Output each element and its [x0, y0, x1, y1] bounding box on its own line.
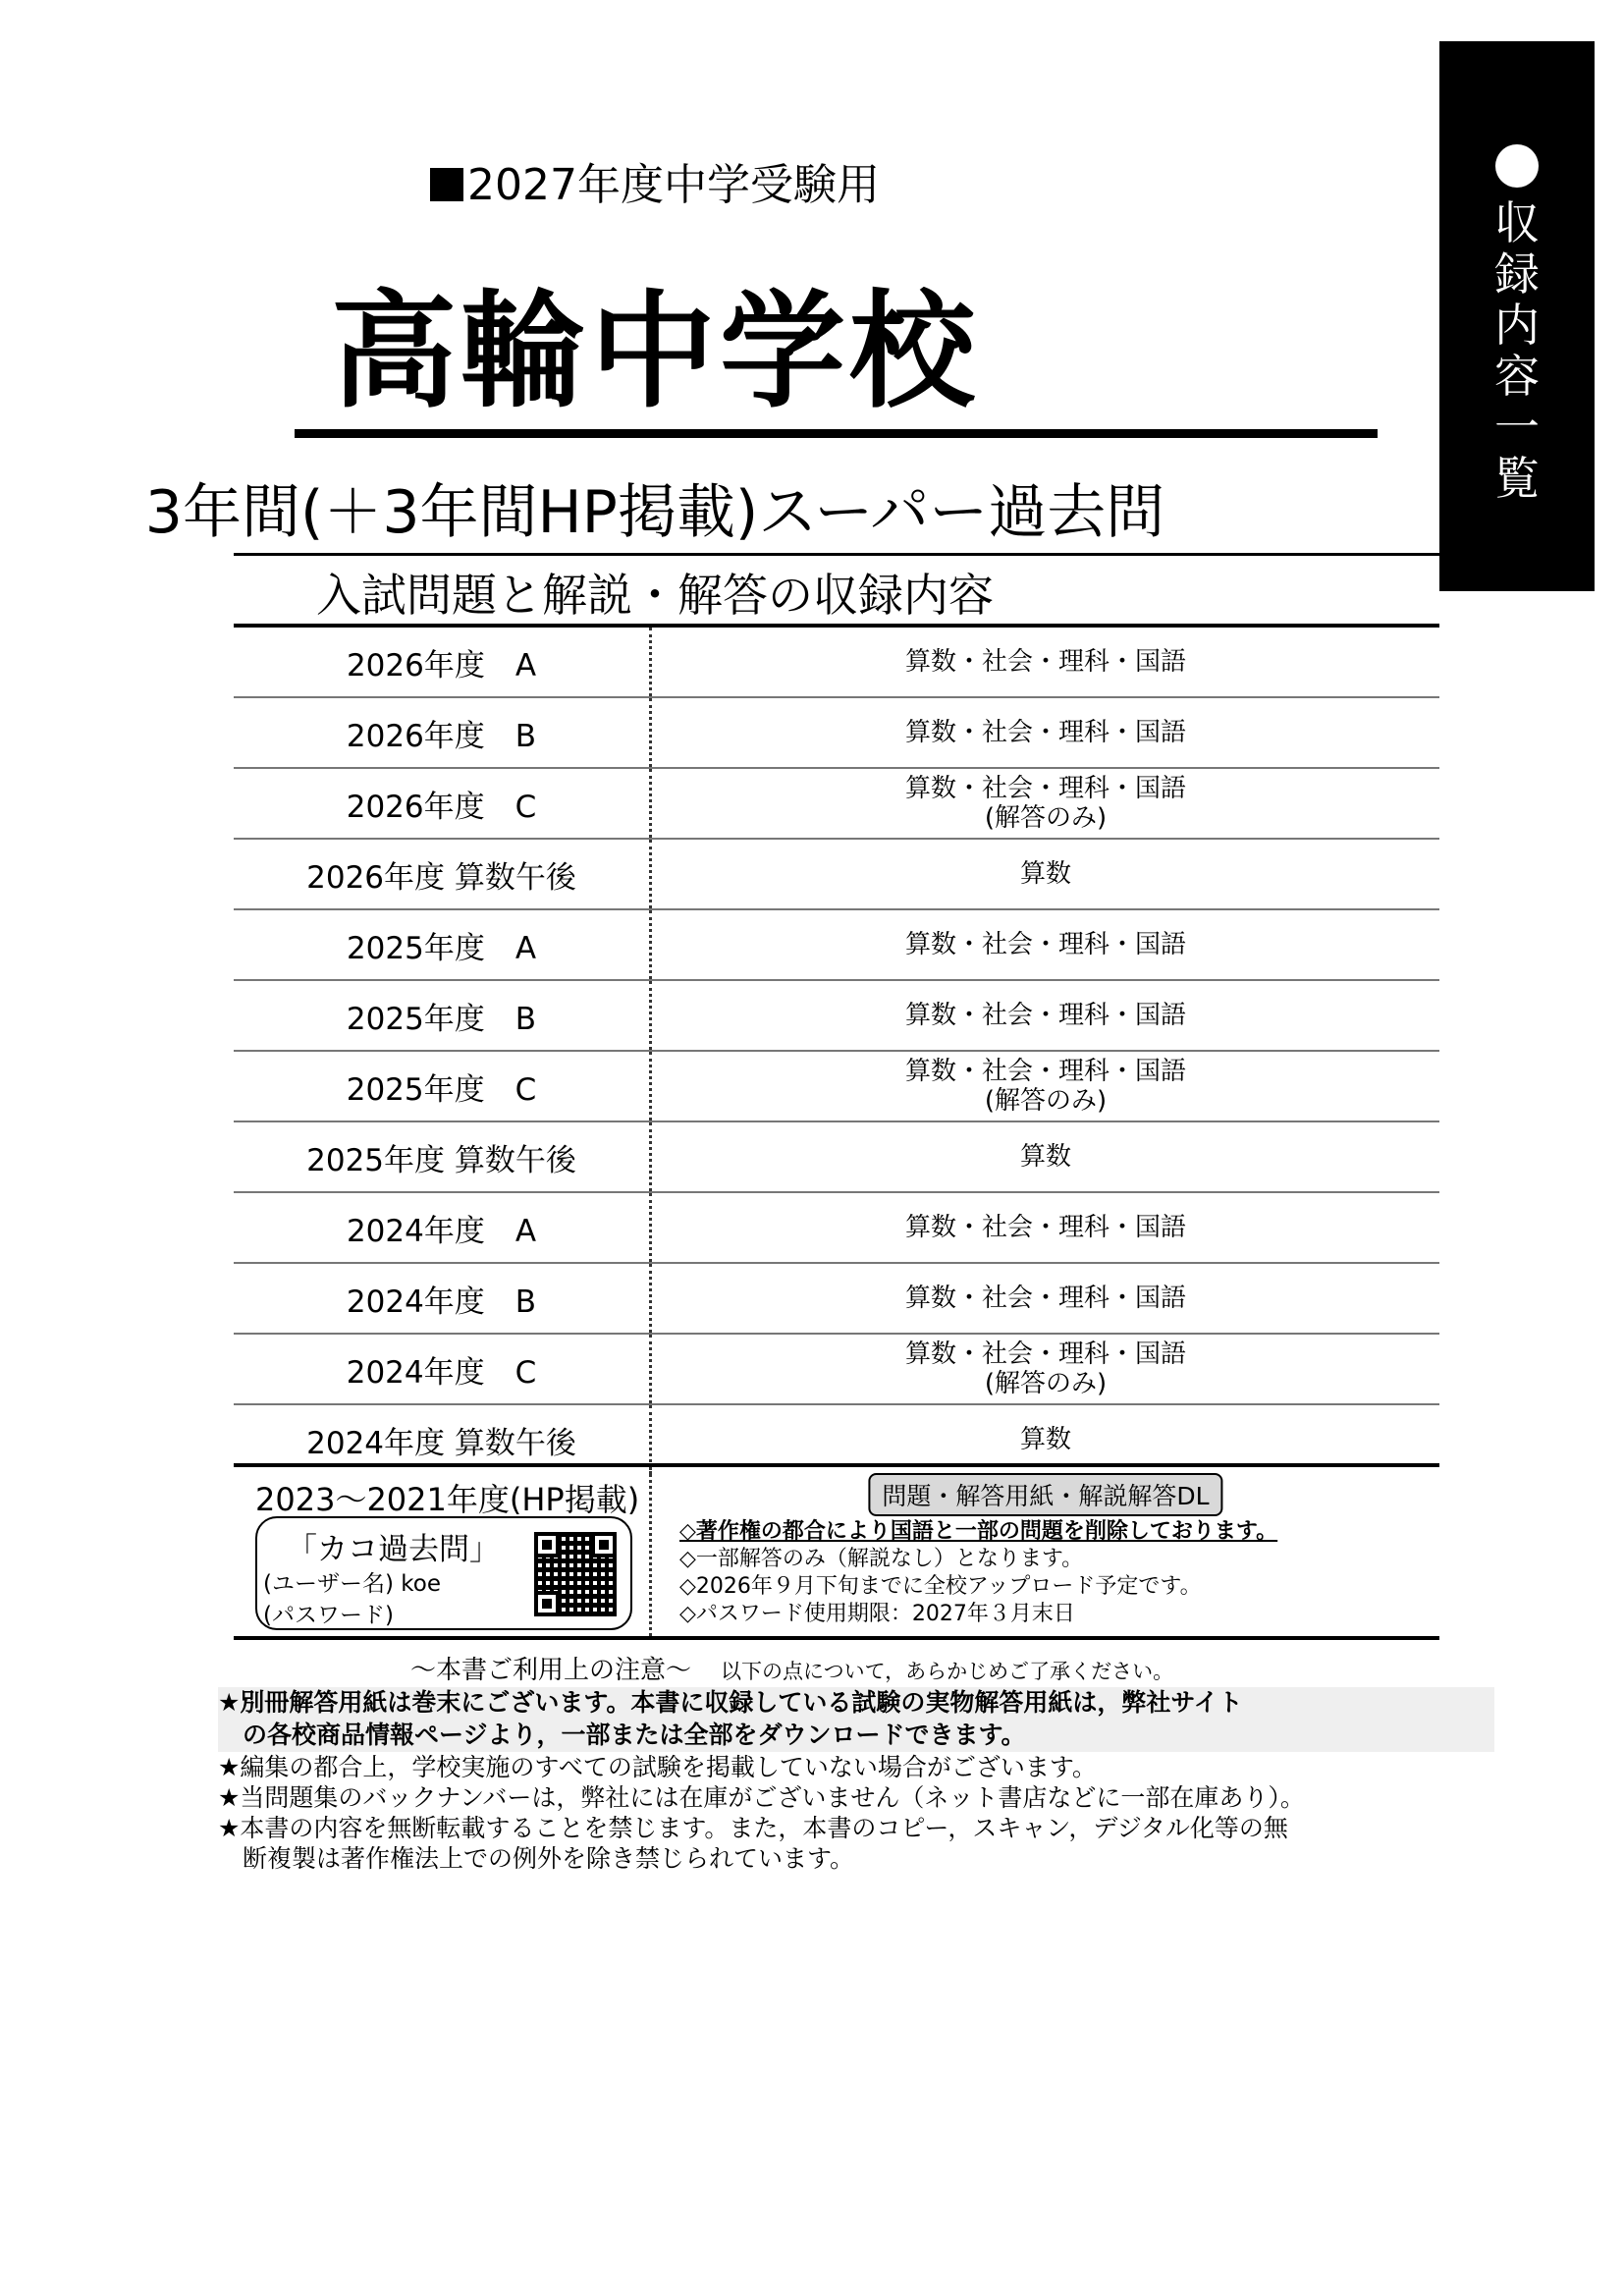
subjects-text: 算数・社会・理科・国語: [905, 1057, 1186, 1086]
subjects-note: (解答のみ): [985, 1086, 1107, 1116]
divider: [234, 1636, 1439, 1640]
note-item: ◇一部解答のみ（解説なし）となります。: [679, 1546, 1277, 1573]
school-name: 高輪中学校: [0, 250, 1467, 431]
caution-subtitle: 以下の点について，あらかじめご了承ください。: [721, 1660, 1173, 1683]
subjects-text: 算数・社会・理科・国語: [905, 1339, 1186, 1369]
table-row: 2025年度 C算数・社会・理科・国語(解答のみ): [234, 1052, 1439, 1122]
series-title: 3年間(＋3年間HP掲載)スーパー過去問: [0, 465, 1467, 550]
table-row: 2024年度 C算数・社会・理科・国語(解答のみ): [234, 1335, 1439, 1405]
hp-right-panel: 問題・解答用紙・解説解答DL ◇著作権の都合により国語と一部の問題を削除しており…: [652, 1467, 1439, 1636]
exam-cell: 2025年度 C: [234, 1052, 652, 1121]
divider: [234, 553, 1439, 556]
caution-item: ★別冊解答用紙は巻末にございます。本書に収録している試験の実物解答用紙は，弊社サ…: [218, 1687, 1494, 1720]
table-row: 2026年度 B算数・社会・理科・国語: [234, 698, 1439, 769]
username-label: (ユーザー名) koe: [263, 1565, 441, 1598]
subjects-text: 算数・社会・理科・国語: [905, 1001, 1186, 1030]
side-tab-char: 覧: [1494, 453, 1540, 504]
exam-cell: 2026年度 算数午後: [234, 840, 652, 908]
subjects-cell: 算数・社会・理科・国語: [652, 1264, 1439, 1333]
subjects-note: (解答のみ): [985, 803, 1107, 833]
subjects-cell: 算数・社会・理科・国語: [652, 698, 1439, 767]
qr-code-icon[interactable]: [534, 1532, 617, 1616]
subjects-text: 算数・社会・理科・国語: [905, 1284, 1186, 1313]
table-row: 2026年度 C算数・社会・理科・国語(解答のみ): [234, 769, 1439, 840]
subjects-cell: 算数・社会・理科・国語: [652, 981, 1439, 1050]
note-item: ◇著作権の都合により国語と一部の問題を削除しております。: [679, 1518, 1277, 1546]
table-row: 2025年度 算数午後算数: [234, 1122, 1439, 1193]
hp-title: 2023〜2021年度(HP掲載): [255, 1475, 639, 1520]
subjects-text: 算数・社会・理科・国語: [905, 930, 1186, 959]
download-button[interactable]: 問題・解答用紙・解説解答DL: [868, 1473, 1222, 1516]
qr-finder-icon: [534, 1532, 560, 1558]
edition-label: 2027年度中学受験用: [0, 149, 1467, 212]
exam-cell: 2026年度 B: [234, 698, 652, 767]
subjects-cell: 算数・社会・理科・国語(解答のみ): [652, 1052, 1439, 1121]
caution-title: 〜本書ご利用上の注意〜: [410, 1656, 691, 1685]
subjects-note: (解答のみ): [985, 1369, 1107, 1398]
subjects-text: 算数・社会・理科・国語: [905, 774, 1186, 803]
qr-finder-icon: [534, 1591, 560, 1616]
table-row: 2025年度 B算数・社会・理科・国語: [234, 981, 1439, 1052]
square-bullet-icon: [430, 168, 463, 201]
exam-cell: 2024年度 C: [234, 1335, 652, 1403]
hp-section: 2023〜2021年度(HP掲載) 「カコ過去問」 (ユーザー名) koe (パ…: [234, 1467, 1439, 1636]
side-tab-char: 一: [1494, 402, 1540, 453]
contents-table: 2026年度 A算数・社会・理科・国語 2026年度 B算数・社会・理科・国語 …: [234, 628, 1439, 1474]
qr-finder-icon: [591, 1532, 617, 1558]
exam-cell: 2025年度 A: [234, 910, 652, 979]
subjects-text: 算数: [1020, 1425, 1071, 1454]
side-tab-char: 内: [1494, 300, 1540, 351]
side-tab-char: 容: [1494, 351, 1540, 402]
subjects-text: 算数: [1020, 1142, 1071, 1172]
title-divider: [295, 429, 1378, 438]
table-row: 2025年度 A算数・社会・理科・国語: [234, 910, 1439, 981]
kako-login-box: 「カコ過去問」 (ユーザー名) koe (パスワード): [255, 1516, 632, 1630]
side-tab-char: 録: [1494, 248, 1540, 300]
kako-name: 「カコ過去問」: [287, 1524, 500, 1568]
caution-item: ★当問題集のバックナンバーは，弊社には在庫がございません（ネット書店などに一部在…: [218, 1782, 1494, 1813]
caution-heading: 〜本書ご利用上の注意〜以下の点について，あらかじめご了承ください。: [410, 1650, 1173, 1686]
subjects-text: 算数・社会・理科・国語: [905, 1213, 1186, 1242]
table-row: 2024年度 B算数・社会・理科・国語: [234, 1264, 1439, 1335]
exam-cell: 2025年度 算数午後: [234, 1122, 652, 1191]
exam-cell: 2026年度 C: [234, 769, 652, 838]
subjects-cell: 算数: [652, 840, 1439, 908]
subjects-text: 算数・社会・理科・国語: [905, 718, 1186, 747]
table-row: 2026年度 算数午後算数: [234, 840, 1439, 910]
password-label: (パスワード): [263, 1597, 394, 1629]
exam-cell: 2025年度 B: [234, 981, 652, 1050]
contents-title: 入試問題と解説・解答の収録内容: [0, 560, 1467, 625]
subjects-cell: 算数・社会・理科・国語: [652, 910, 1439, 979]
subjects-cell: 算数・社会・理科・国語: [652, 628, 1439, 696]
note-item: ◇パスワード使用期限：2027年３月末日: [679, 1601, 1277, 1628]
hp-left-panel: 2023〜2021年度(HP掲載) 「カコ過去問」 (ユーザー名) koe (パ…: [234, 1467, 652, 1636]
caution-item: 断複製は著作権法上での例外を除き禁じられています。: [218, 1843, 1494, 1874]
caution-item: の各校商品情報ページより，一部または全部をダウンロードできます。: [218, 1720, 1494, 1752]
subjects-cell: 算数・社会・理科・国語: [652, 1193, 1439, 1262]
caution-list: ★別冊解答用紙は巻末にございます。本書に収録している試験の実物解答用紙は，弊社サ…: [218, 1687, 1494, 1874]
exam-cell: 2026年度 A: [234, 628, 652, 696]
edition-text: 2027年度中学受験用: [467, 160, 880, 210]
side-tab-char: 収: [1494, 197, 1540, 248]
subjects-cell: 算数・社会・理科・国語(解答のみ): [652, 1335, 1439, 1403]
table-row: 2024年度 A算数・社会・理科・国語: [234, 1193, 1439, 1264]
hp-notes: ◇著作権の都合により国語と一部の問題を削除しております。 ◇一部解答のみ（解説な…: [679, 1518, 1277, 1628]
caution-item: ★本書の内容を無断転載することを禁じます。また，本書のコピー，スキャン，デジタル…: [218, 1813, 1494, 1843]
subjects-text: 算数・社会・理科・国語: [905, 647, 1186, 677]
caution-item: ★編集の都合上，学校実施のすべての試験を掲載していない場合がございます。: [218, 1752, 1494, 1782]
table-row: 2026年度 A算数・社会・理科・国語: [234, 628, 1439, 698]
exam-cell: 2024年度 B: [234, 1264, 652, 1333]
bullet-circle-icon: [1495, 144, 1539, 188]
exam-cell: 2024年度 A: [234, 1193, 652, 1262]
subjects-text: 算数: [1020, 859, 1071, 889]
note-item: ◇2026年９月下旬までに全校アップロード予定です。: [679, 1573, 1277, 1601]
subjects-cell: 算数・社会・理科・国語(解答のみ): [652, 769, 1439, 838]
subjects-cell: 算数: [652, 1122, 1439, 1191]
